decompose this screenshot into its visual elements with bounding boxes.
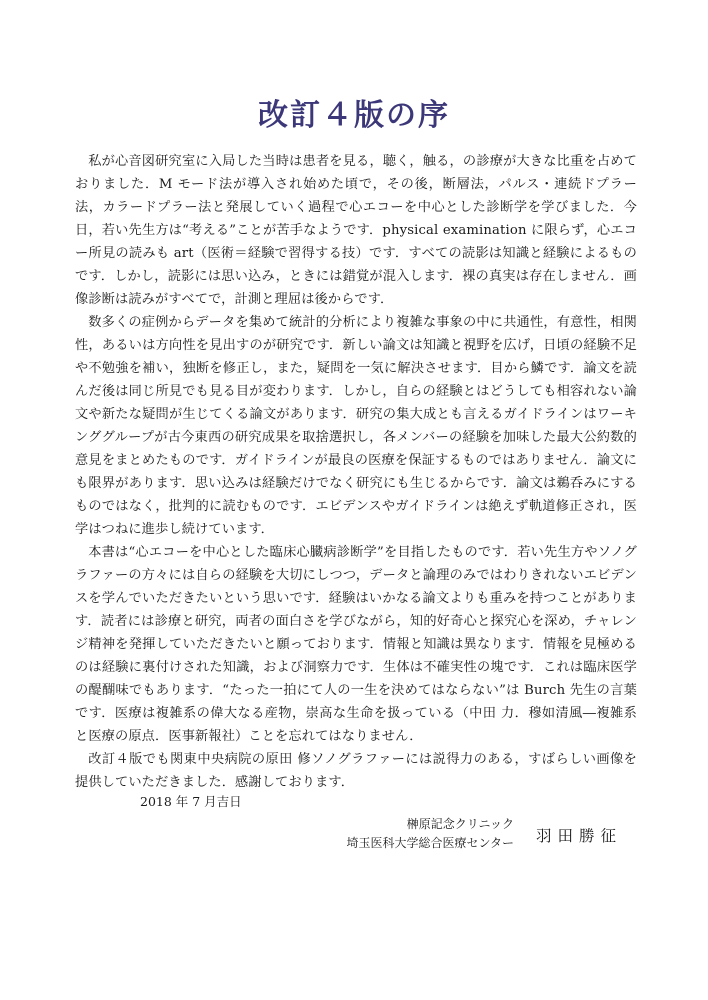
paragraph: 私が心音図研究室に入局した当時は患者を見る，聴く，触る，の診療が大きな比重を占め… xyxy=(75,150,637,311)
signature-block: 榊原記念クリニック 埼玉医科大学総合医療センター 羽田勝征 xyxy=(346,815,622,853)
paragraph: 本書は“心エコーを中心とした臨床心臓病診断学”を目指したものです．若い先生方やソ… xyxy=(75,541,637,748)
author-name: 羽田勝征 xyxy=(536,824,622,846)
affiliation: 榊原記念クリニック xyxy=(346,815,514,834)
affiliation: 埼玉医科大学総合医療センター xyxy=(346,834,514,853)
date: 2018 年 7 月吉日 xyxy=(140,792,242,812)
paragraph: 数多くの症例からデータを集めて統計的分析により複雑な事象の中に共通性，有意性，相… xyxy=(75,311,637,541)
preface-body: 私が心音図研究室に入局した当時は患者を見る，聴く，触る，の診療が大きな比重を占め… xyxy=(75,150,637,794)
affiliations: 榊原記念クリニック 埼玉医科大学総合医療センター xyxy=(346,815,514,853)
page-title: 改訂４版の序 xyxy=(0,96,708,136)
paragraph: 改訂４版でも関東中央病院の原田 修ソノグラファーには説得力のある，すばらしい画像… xyxy=(75,748,637,794)
